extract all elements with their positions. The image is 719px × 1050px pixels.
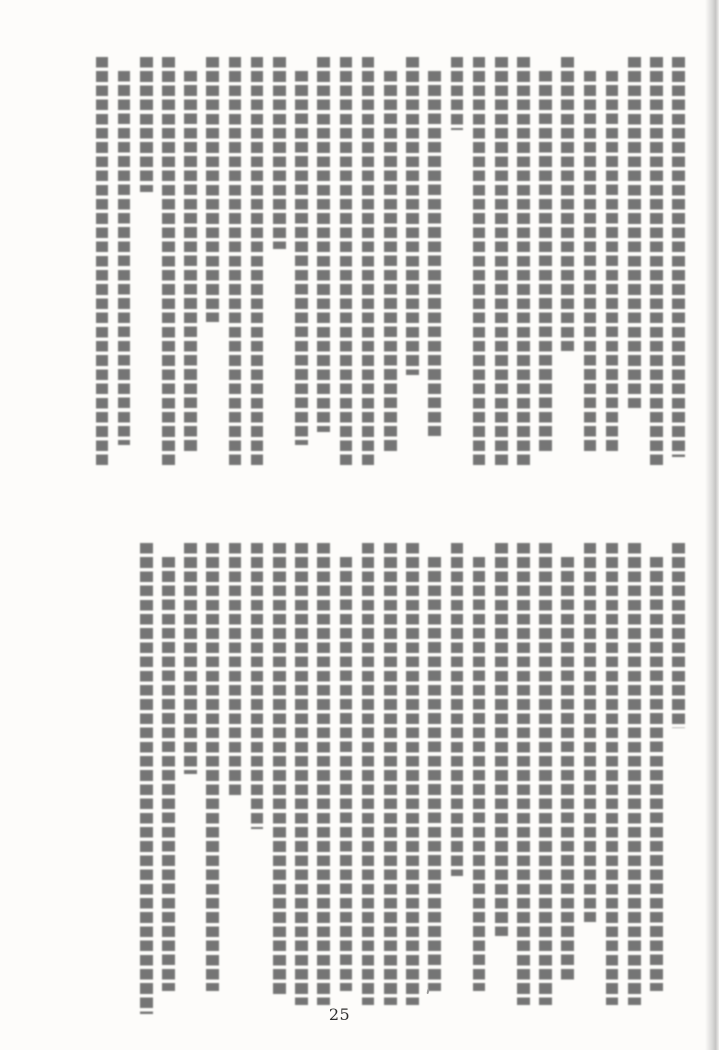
redacted-text-column xyxy=(184,71,197,453)
redacted-text-column xyxy=(140,543,153,1014)
redacted-text-column xyxy=(628,57,641,408)
scan-edge-shadow xyxy=(705,0,719,1050)
bottom-text-block xyxy=(84,543,685,1005)
redacted-text-column xyxy=(96,57,109,465)
redacted-text-column xyxy=(162,557,175,991)
redacted-text-column xyxy=(118,71,131,444)
redacted-text-column xyxy=(340,557,353,991)
redacted-text-column xyxy=(606,543,619,1005)
redacted-text-column xyxy=(251,543,264,829)
redacted-text-column xyxy=(539,71,552,453)
redacted-text-column xyxy=(340,57,353,465)
redacted-text-column xyxy=(406,57,419,375)
redacted-text-column xyxy=(184,543,197,774)
redacted-text-column xyxy=(273,57,286,249)
redacted-text-column xyxy=(606,71,619,453)
top-text-block xyxy=(84,57,685,465)
redacted-text-column xyxy=(517,543,530,1005)
redacted-text-column xyxy=(672,543,685,728)
redacted-text-column xyxy=(406,543,419,1005)
redacted-text-column xyxy=(451,543,464,876)
redacted-text-column xyxy=(473,557,486,991)
redacted-text-column xyxy=(517,57,530,465)
redacted-text-column xyxy=(140,57,153,192)
redacted-text-column xyxy=(428,71,441,436)
redacted-text-column xyxy=(561,557,574,982)
redacted-text-column xyxy=(317,543,330,1005)
redacted-text-column xyxy=(384,71,397,453)
redacted-text-column xyxy=(384,543,397,1005)
redacted-text-column xyxy=(473,57,486,465)
redacted-text-column xyxy=(251,57,264,465)
redacted-text-column xyxy=(672,57,685,457)
redacted-text-column xyxy=(229,543,242,797)
redacted-text-column xyxy=(162,57,175,465)
redacted-text-column xyxy=(584,71,597,453)
redacted-text-column xyxy=(495,57,508,465)
redacted-text-column xyxy=(362,57,375,465)
redacted-text-column xyxy=(650,557,663,991)
redacted-text-column xyxy=(451,57,464,130)
redacted-text-column xyxy=(206,57,219,322)
redacted-text-column xyxy=(428,557,441,991)
redacted-text-column xyxy=(317,57,330,432)
page-number: 25 xyxy=(0,1005,699,1024)
redacted-text-column xyxy=(206,543,219,991)
redacted-text-column xyxy=(362,543,375,1005)
redacted-text-column xyxy=(628,543,641,1005)
redacted-text-column xyxy=(561,57,574,351)
redacted-text-column xyxy=(295,71,308,444)
redacted-text-column xyxy=(273,543,286,996)
redacted-text-column xyxy=(229,57,242,465)
redacted-text-column xyxy=(584,543,597,922)
redacted-text-column xyxy=(495,543,508,936)
redacted-text-column xyxy=(650,57,663,465)
redacted-text-column xyxy=(295,543,308,1005)
redacted-text-column xyxy=(539,543,552,1005)
